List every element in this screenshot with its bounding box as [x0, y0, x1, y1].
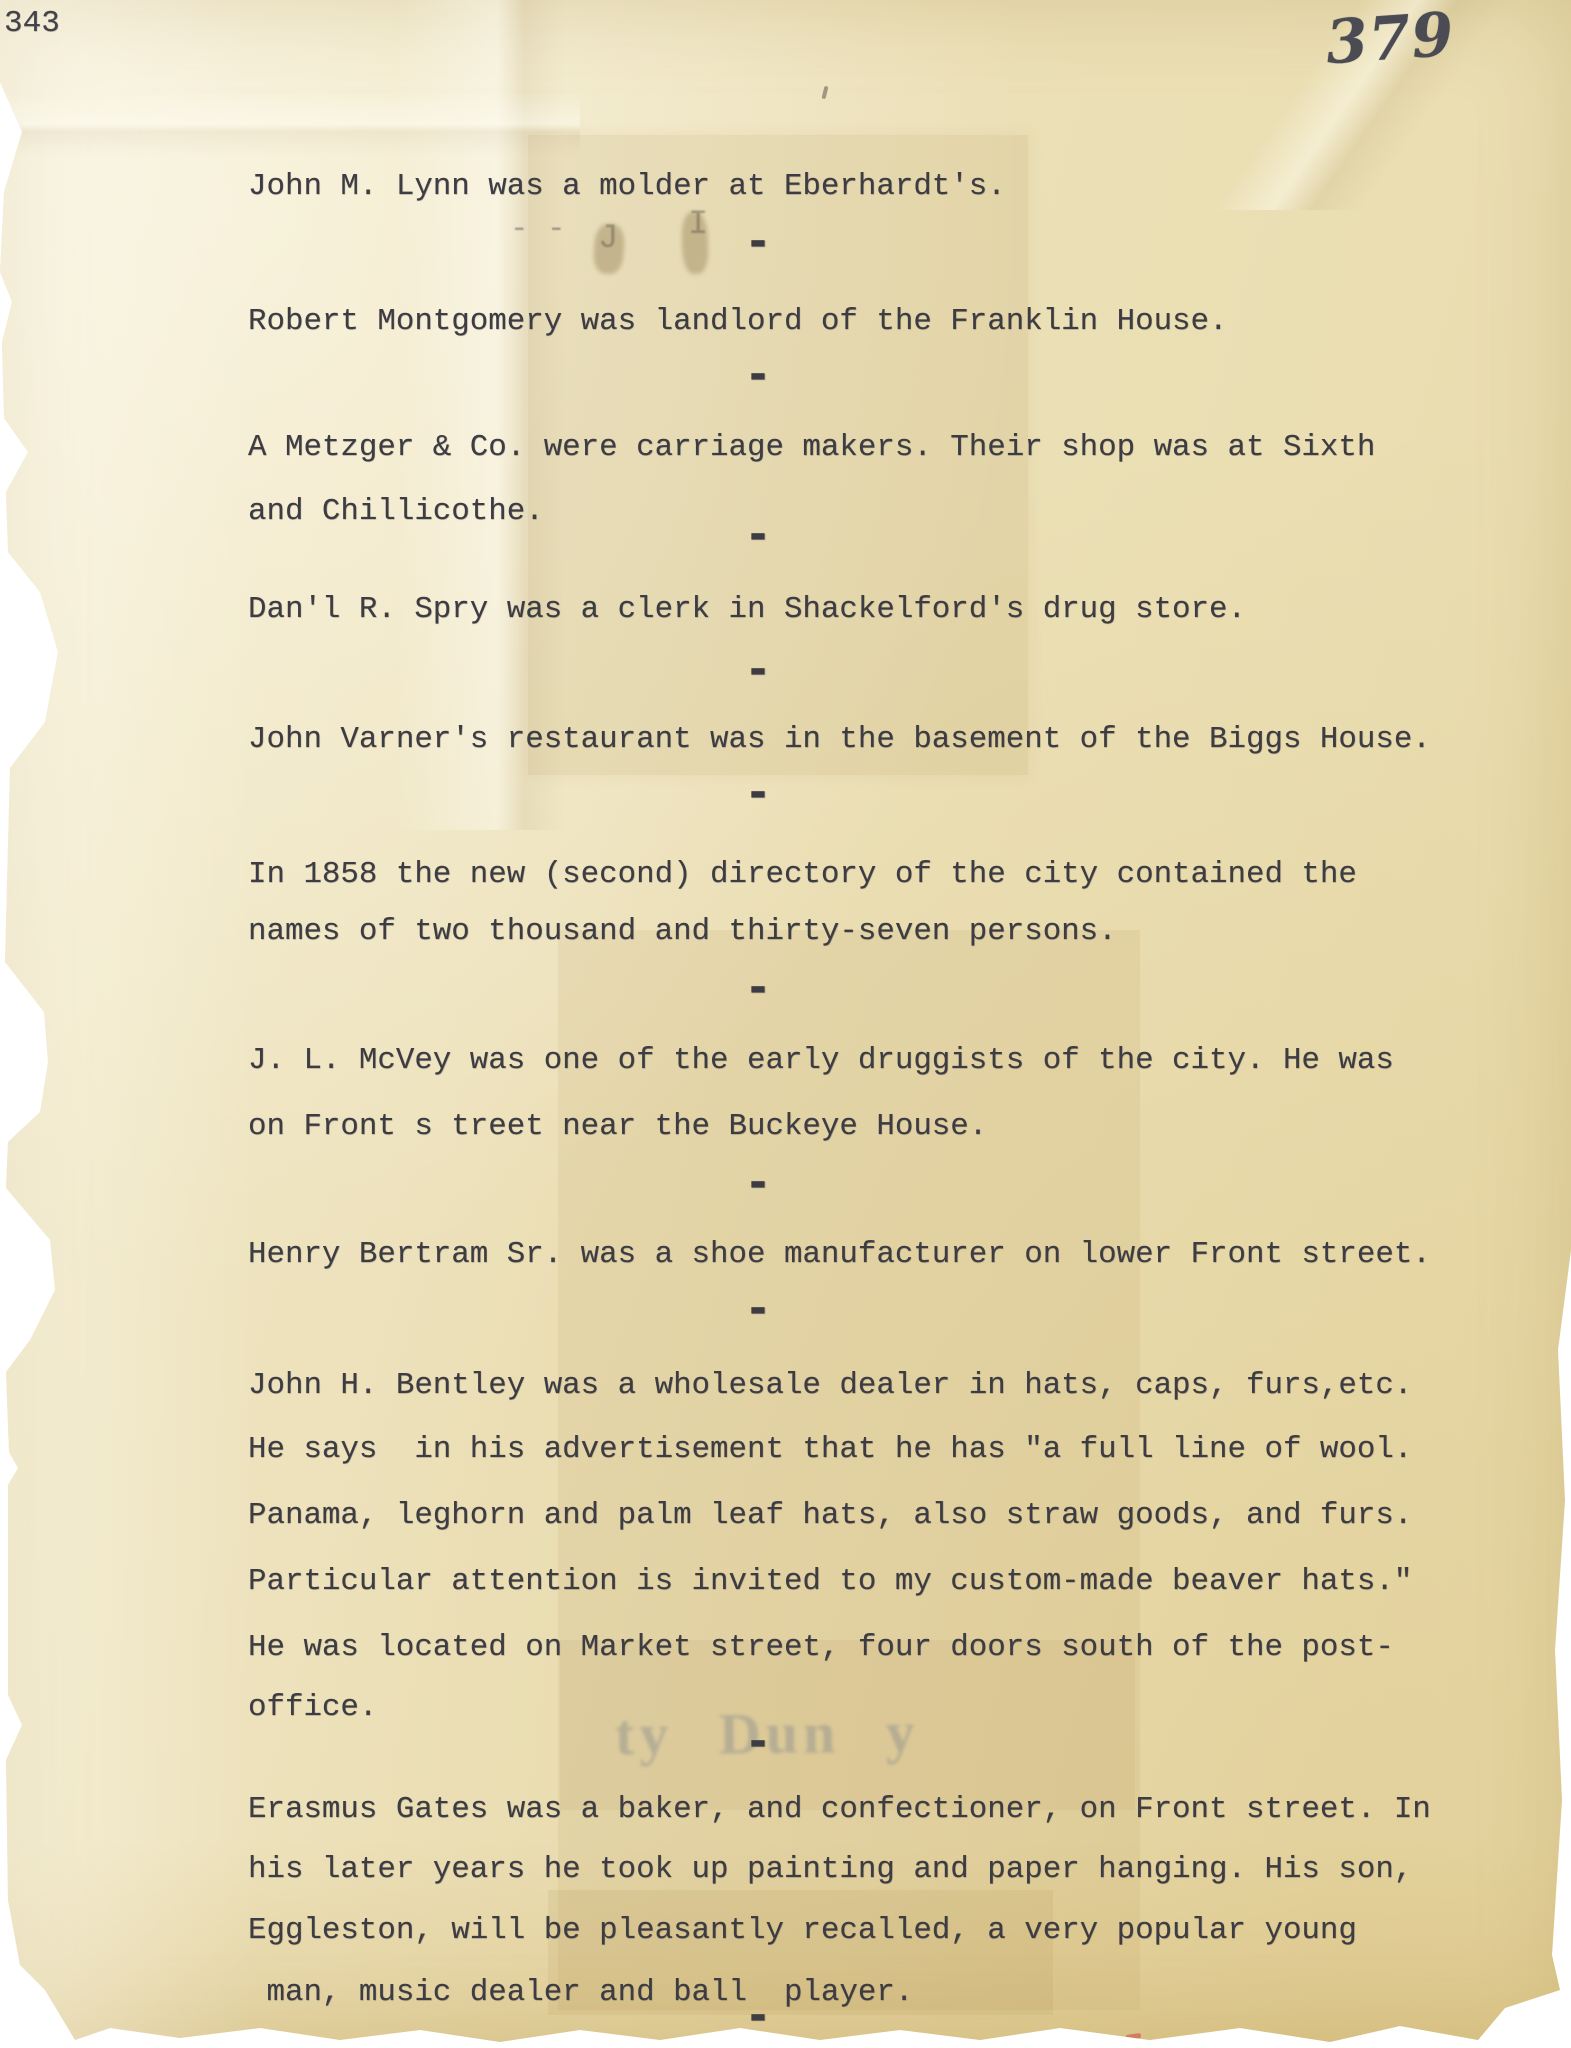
stain-band-bottom — [558, 930, 1140, 2010]
typed-line: Particular attention is invited to my cu… — [248, 1567, 1412, 1598]
paragraph-separator-dash: - — [744, 1176, 763, 1196]
typed-line: Panama, leghorn and palm leaf hats, also… — [248, 1501, 1412, 1532]
ink-speck — [821, 86, 828, 100]
paragraph-separator-dash: - — [744, 528, 763, 548]
erased-character: I — [688, 206, 708, 244]
vertical-crease-line — [395, 0, 565, 830]
typed-line: names of two thousand and thirty-seven p… — [248, 917, 1117, 948]
scanned-document-page: { "page": { "typed_page_number": "343", … — [0, 0, 1571, 2048]
paragraph-separator-dash: - — [744, 1302, 763, 1322]
left-edge-highlight — [0, 0, 260, 2048]
torn-paper-sheet: 343 379 - - J I ty Dun y John M. Lynn wa… — [0, 0, 1571, 2048]
typed-line: John M. Lynn was a molder at Eberhardt's… — [248, 172, 1006, 203]
smudge-faint-dashes: - - — [510, 212, 565, 247]
paragraph-separator-dash: - — [744, 981, 763, 1001]
typed-line: A Metzger & Co. were carriage makers. Th… — [248, 433, 1375, 464]
paragraph-separator-dash: - — [744, 235, 763, 255]
paragraph-separator-dash: - — [744, 2009, 763, 2029]
typed-line: John H. Bentley was a wholesale dealer i… — [248, 1371, 1412, 1402]
typed-line: his later years he took up painting and … — [248, 1855, 1412, 1886]
typed-line: Eggleston, will be pleasantly recalled, … — [248, 1916, 1357, 1947]
paragraph-separator-dash: - — [744, 663, 763, 683]
typed-line: Robert Montgomery was landlord of the Fr… — [248, 307, 1228, 338]
typed-line: Erasmus Gates was a baker, and confectio… — [248, 1795, 1431, 1826]
erased-character: J — [598, 220, 618, 258]
typed-page-number: 343 — [4, 6, 60, 41]
paragraph-separator-dash: - — [744, 1735, 763, 1755]
typed-line: He was located on Market street, four do… — [248, 1633, 1394, 1664]
horizontal-crease-line — [0, 92, 580, 156]
typed-line: Dan'l R. Spry was a clerk in Shackelford… — [248, 595, 1246, 626]
typed-line: man, music dealer and ball player. — [248, 1978, 913, 2009]
paragraph-separator-dash: - — [744, 368, 763, 388]
typed-line: John Varner's restaurant was in the base… — [248, 725, 1431, 756]
red-edge-mark — [1126, 2033, 1142, 2040]
typed-line: Henry Bertram Sr. was a shoe manufacture… — [248, 1240, 1431, 1271]
typed-line: J. L. McVey was one of the early druggis… — [248, 1046, 1394, 1077]
handwritten-page-number: 379 — [1324, 0, 1457, 78]
typed-line: In 1858 the new (second) directory of th… — [248, 860, 1357, 891]
typed-line: He says in his advertisement that he has… — [248, 1435, 1412, 1466]
typed-line: and Chillicothe. — [248, 497, 544, 528]
typed-line: office. — [248, 1693, 377, 1724]
typed-line: on Front s treet near the Buckeye House. — [248, 1112, 987, 1143]
paragraph-separator-dash: - — [744, 786, 763, 806]
